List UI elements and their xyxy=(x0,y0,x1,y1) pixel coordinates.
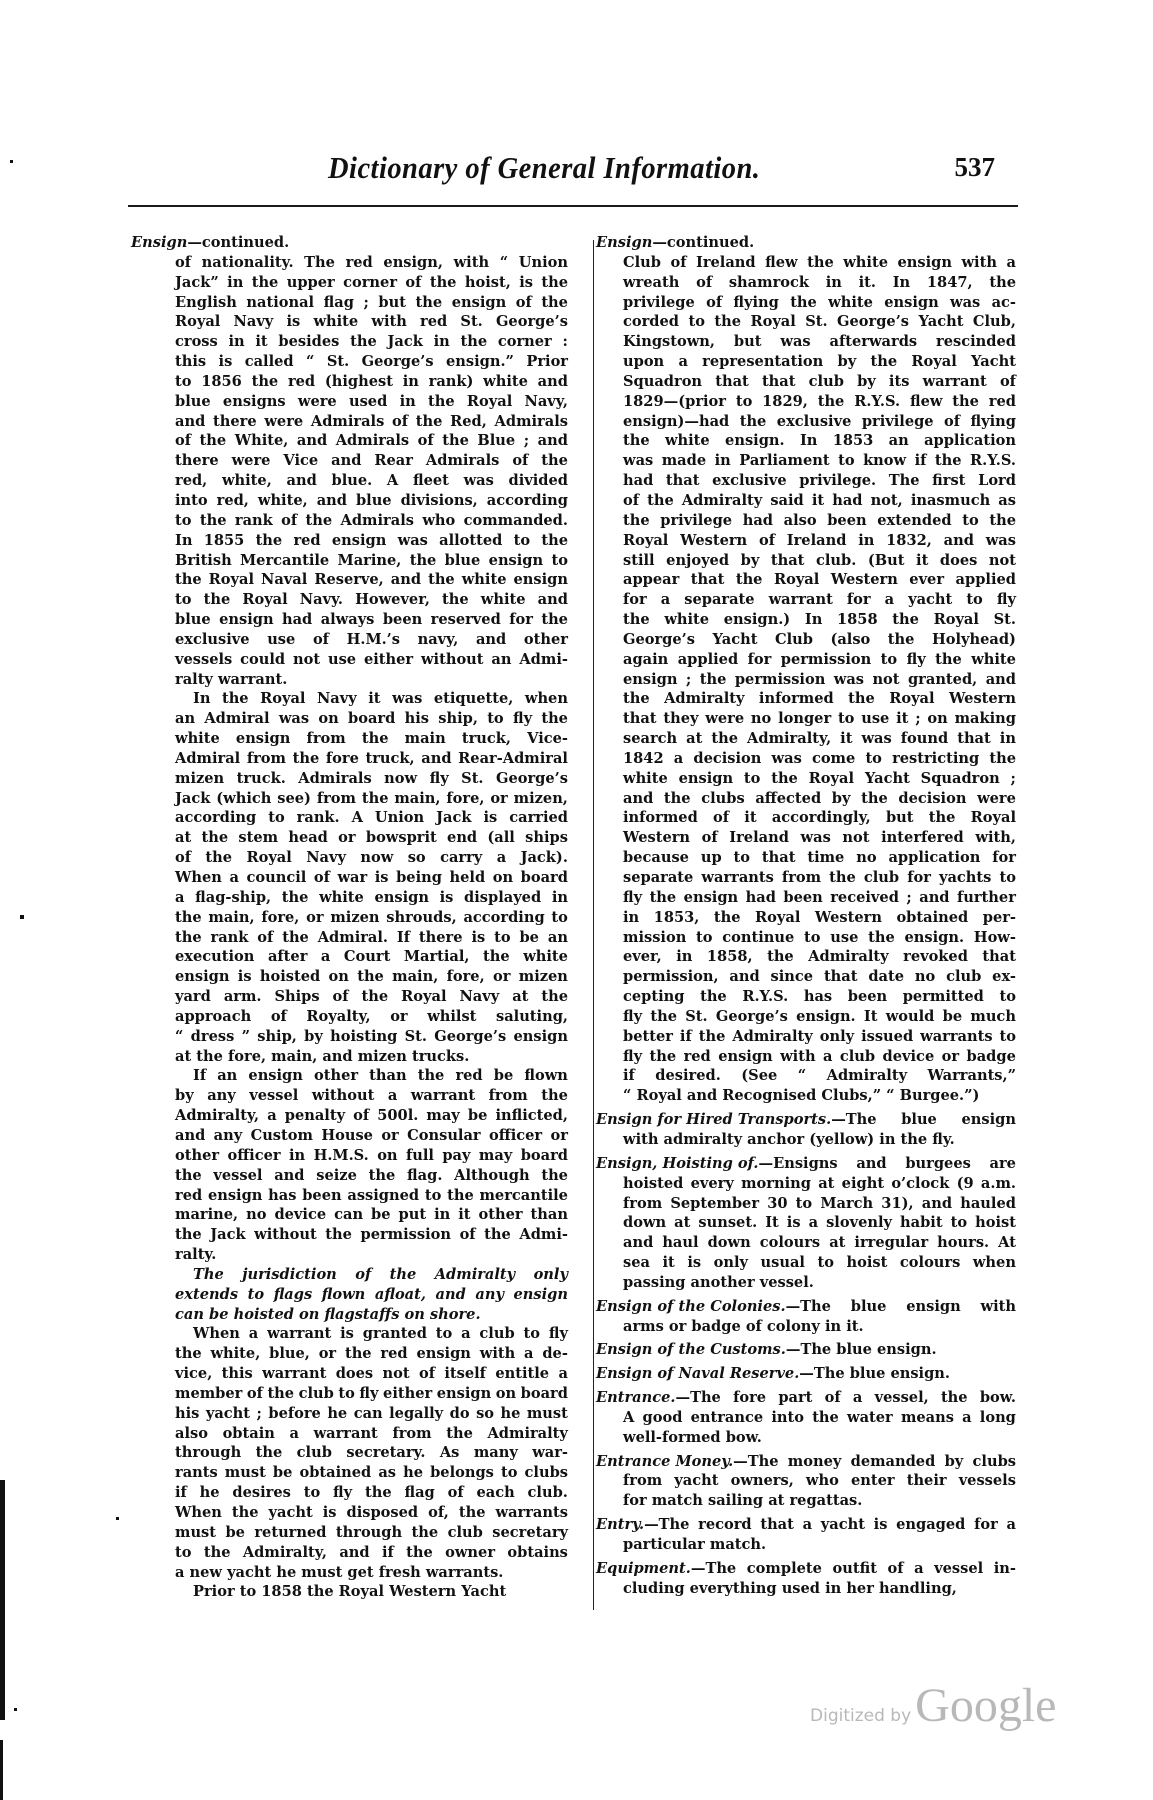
dictionary-entry: Equipment.—Thecompleteoutfitofavesselin-… xyxy=(596,1559,1016,1599)
text-line: redensignhasbeenassignedtothemercantile xyxy=(175,1186,568,1206)
text-line: at the fore, main, and mizen trucks. xyxy=(175,1047,568,1067)
text-line: thewhiteensign.In1853anapplication xyxy=(623,431,1016,451)
text-line: atthestemheadorbowspritend(allships xyxy=(175,828,568,848)
text-line: “dress”ship,byhoistingSt.George’sensign xyxy=(175,1027,568,1047)
text-line: foraseparatewarrantforayachttofly xyxy=(623,590,1016,610)
text-line: whiteensigntotheRoyalYachtSquadron; xyxy=(623,769,1016,789)
text-line: mustbereturnedthroughtheclubsecretary xyxy=(175,1523,568,1543)
text-line: andhauldowncoloursatirregularhours.At xyxy=(623,1233,1016,1253)
text-line: thisiscalled“St.George’sensign.”Prior xyxy=(175,352,568,372)
text-line: betteriftheAdmiraltyonlyissuedwarrantsto xyxy=(623,1027,1016,1047)
entry-term: Ensign, Hoisting of. xyxy=(596,1155,759,1172)
text-line: wreathofshamrockinit.In1847,the xyxy=(623,273,1016,293)
entry-term: Ensign of Naval Reserve. xyxy=(596,1364,799,1384)
page-number: 537 xyxy=(955,152,996,183)
text-line: Prior to 1858 the Royal Western Yacht xyxy=(193,1582,568,1602)
text-line: totheAdmiralty,andiftheownerobtains xyxy=(175,1543,568,1563)
text-line: accordingtorank.AUnionJackiscarried xyxy=(175,808,568,828)
text-line: Jack(whichsee)fromthemain,fore,ormizen, xyxy=(175,789,568,809)
dictionary-entry: Entry.—Therecordthatayachtisengagedforap… xyxy=(596,1515,1016,1555)
text-line: cluding everything used in her handling, xyxy=(623,1579,1016,1599)
text-line: to1856thered(highestinrank)whiteand xyxy=(175,372,568,392)
text-line: hoistedeverymorningateighto’clock(9a.m. xyxy=(623,1174,1016,1194)
text-line: totheRoyalNavy.However,thewhiteand xyxy=(175,590,568,610)
text-line: Englishnationalflag;buttheensignofthe xyxy=(175,293,568,313)
text-line: whiteensignfromthemaintruck,Vice- xyxy=(175,729,568,749)
text-line: Whenawarrantisgrantedtoaclubtofly xyxy=(193,1324,568,1344)
entry-first-line: Ensign of the Customs.—The blue ensign. xyxy=(596,1340,1016,1360)
text-line: Whentheyachtisdisposedof,thewarrants xyxy=(175,1503,568,1523)
text-line: thewhiteensign.)In1858theRoyalSt. xyxy=(623,610,1016,630)
text-line: red,white,andblue.Afleetwasdivided xyxy=(175,471,568,491)
text-line: flytheSt.George’sensign.Itwouldbemuch xyxy=(623,1007,1016,1027)
text-line: fromSeptember30toMarch31),andhauled xyxy=(623,1194,1016,1214)
entry-term: Ensign xyxy=(596,234,652,251)
entry-first-line: Ensign of Naval Reserve.—The blue ensign… xyxy=(596,1364,1016,1384)
text-line: throughtheclubsecretary.Asmanywar- xyxy=(175,1443,568,1463)
text-line: theJackwithoutthepermissionoftheAdmi- xyxy=(175,1225,568,1245)
text-line: andtheclubsaffectedbythedecisionwere xyxy=(623,789,1016,809)
text-line: with admiralty anchor (yellow) in the fl… xyxy=(623,1130,1016,1150)
dictionary-entry: Ensign for Hired Transports.—Theblueensi… xyxy=(596,1110,1016,1150)
entry-first-line: Equipment.—Thecompleteoutfitofavesselin- xyxy=(596,1559,1016,1579)
text-line: thevesselandseizetheflag.Althoughthe xyxy=(175,1166,568,1186)
dictionary-entries: Ensign for Hired Transports.—Theblueensi… xyxy=(596,1110,1016,1598)
continued-heading: Ensign—continued. xyxy=(596,233,1016,253)
text-line: hisyacht;beforehecanlegallydosohemust xyxy=(175,1404,568,1424)
entry-body: particular match. xyxy=(596,1535,1016,1555)
text-line: oftheAdmiraltysaidithadnot,inasmuchas xyxy=(623,491,1016,511)
text-line: crossinitbesidestheJackinthecorner: xyxy=(175,332,568,352)
text-line: WesternofIrelandwasnotinterferedwith, xyxy=(623,828,1016,848)
text-line: a new yacht he must get fresh warrants. xyxy=(175,1563,568,1583)
text-line: ceptingtheR.Y.S.hasbeenpermittedto xyxy=(623,987,1016,1007)
running-title: Dictionary of General Information. xyxy=(328,150,760,186)
continued-heading: Ensign—continued. xyxy=(131,233,568,253)
text-line: fromyachtowners,whoentertheirvessels xyxy=(623,1471,1016,1491)
entry-suffix: —continued. xyxy=(652,234,754,251)
text-line: informedofitaccordingly,buttheRoyal xyxy=(623,808,1016,828)
text-line: executionafteraCourtMartial,thewhite xyxy=(175,947,568,967)
text-line: oftheWhite,andAdmiralsoftheBlue;and xyxy=(175,431,568,451)
text-line: Ifanensignotherthantheredbeflown xyxy=(193,1066,568,1086)
text-line: memberoftheclubtoflyeitherensignonboard xyxy=(175,1384,568,1404)
text-line: blueensignswereusedintheRoyalNavy, xyxy=(175,392,568,412)
paragraph: Ifanensignotherthantheredbeflownbyanyves… xyxy=(131,1066,568,1264)
text-line: oftheRoyalNavynowsocarryaJack). xyxy=(175,848,568,868)
google-logo: Google xyxy=(915,1679,1056,1732)
text-line: missiontocontinuetousetheensign.How- xyxy=(623,928,1016,948)
text-line: IntheRoyalNavyitwasetiquette,when xyxy=(193,689,568,709)
text-line: cordedtotheRoyalSt.George’sYachtClub, xyxy=(623,312,1016,332)
text-line: uponarepresentationbytheRoyalYacht xyxy=(623,352,1016,372)
text-line: flytheredensignwithaclubdeviceorbadge xyxy=(623,1047,1016,1067)
paragraph: ofnationality.Theredensign,with“UnionJac… xyxy=(131,253,568,690)
text-line: rantsmustbeobtainedashebelongstoclubs xyxy=(175,1463,568,1483)
text-line: searchattheAdmiralty,itwasfoundthatin xyxy=(623,729,1016,749)
text-line: ralty warrant. xyxy=(175,670,568,690)
text-line: Whenacouncilofwarisbeingheldonboard xyxy=(175,868,568,888)
text-line: passing another vessel. xyxy=(623,1273,1016,1293)
text-line: 1829—(priorto1829,theR.Y.S.flewthered xyxy=(623,392,1016,412)
entry-body: Agoodentranceintothewatermeansalongwell-… xyxy=(596,1408,1016,1448)
dictionary-entry: Entrance Money.—Themoneydemandedbyclubsf… xyxy=(596,1452,1016,1512)
dictionary-entry: Ensign of the Colonies.—Theblueensignwit… xyxy=(596,1297,1016,1337)
text-line: arms or badge of colony in it. xyxy=(623,1317,1016,1337)
paragraph: IntheRoyalNavyitwasetiquette,whenanAdmir… xyxy=(131,689,568,1066)
text-line: Admiralty,apenaltyof500l.maybeinflicted, xyxy=(175,1106,568,1126)
dictionary-entry: Ensign of the Customs.—The blue ensign. xyxy=(596,1340,1016,1360)
column-divider xyxy=(593,240,594,1610)
entry-first-line: Ensign, Hoisting of.—Ensignsandburgeesar… xyxy=(596,1154,1016,1174)
entry-term: Equipment. xyxy=(596,1560,691,1577)
text-line: ThejurisdictionoftheAdmiraltyonly xyxy=(193,1265,568,1285)
text-line: exclusiveuseofH.M.’snavy,andother xyxy=(175,630,568,650)
text-line: flytheensignhadbeenreceived;andfurther xyxy=(623,888,1016,908)
text-line: mizentruck.AdmiralsnowflySt.George’s xyxy=(175,769,568,789)
text-line: separatewarrantsfromtheclubforyachtsto xyxy=(623,868,1016,888)
text-line: ralty. xyxy=(175,1245,568,1265)
entry-first-line: Entry.—Therecordthatayachtisengagedfora xyxy=(596,1515,1016,1535)
digitized-watermark: Digitized byGoogle xyxy=(810,1678,1056,1733)
text-line: permission,andsincethatdatenoclubex- xyxy=(623,967,1016,987)
text-line: therankoftheAdmiral.Ifthereistobean xyxy=(175,928,568,948)
text-line: Squadronthatthatclubbyitswarrantof xyxy=(623,372,1016,392)
text-line: “ Royal and Recognised Clubs,” “ Burgee.… xyxy=(623,1086,1016,1106)
text-line: againappliedforpermissiontoflythewhite xyxy=(623,650,1016,670)
text-line: particular match. xyxy=(623,1535,1016,1555)
text-line: ensignishoistedonthemain,fore,ormizen xyxy=(175,967,568,987)
text-line: Kingstown,butwasafterwardsrescinded xyxy=(623,332,1016,352)
text-line: stillenjoyedbythatclub.(Butitdoesnot xyxy=(623,551,1016,571)
dictionary-entry: Entrance.—Theforepartofavessel,thebow.Ag… xyxy=(596,1388,1016,1448)
text-line: well-formed bow. xyxy=(623,1428,1016,1448)
text-line: wasmadeinParliamenttoknowiftheR.Y.S. xyxy=(623,451,1016,471)
margin-dot xyxy=(10,160,13,163)
text-line: ifdesired.(See“AdmiraltyWarrants,” xyxy=(623,1066,1016,1086)
text-line: ensign)—hadtheexclusiveprivilegeofflying xyxy=(623,412,1016,432)
entry-term: Ensign for Hired Transports. xyxy=(596,1111,831,1128)
margin-dot xyxy=(20,915,24,919)
text-line: andanyCustomHouseorConsularofficeror xyxy=(175,1126,568,1146)
text-line: ensign;thepermissionwasnotgranted,and xyxy=(623,670,1016,690)
text-line: In1855theredensignwasallottedtothe xyxy=(175,531,568,551)
text-line: anAdmiralwasonboardhisship,toflythe xyxy=(175,709,568,729)
paragraph: ClubofIrelandflewthewhiteensignwithawrea… xyxy=(596,253,1016,1106)
text-line: downatsunset.Itisaslovenlyhabittohoist xyxy=(623,1213,1016,1233)
text-line: thattheywerenolongertouseit;onmaking xyxy=(623,709,1016,729)
text-line: vesselscouldnotuseeitherwithoutanAdmi- xyxy=(175,650,568,670)
entry-term: Entry. xyxy=(596,1516,644,1533)
text-line: byanyvesselwithoutawarrantfromthe xyxy=(175,1086,568,1106)
entry-suffix: —continued. xyxy=(187,234,289,251)
entry-term: Ensign of the Colonies. xyxy=(596,1298,786,1315)
text-line: Jack”intheuppercornerofthehoist,isthe xyxy=(175,273,568,293)
text-line: appearthattheRoyalWesterneverapplied xyxy=(623,570,1016,590)
binding-edge xyxy=(0,1740,3,1800)
text-line: RoyalWesternofIrelandin1832,andwas xyxy=(623,531,1016,551)
entry-first-line: Ensign for Hired Transports.—Theblueensi… xyxy=(596,1110,1016,1130)
text-line: privilegeofflyingthewhiteensignwasac- xyxy=(623,293,1016,313)
paragraph: Prior to 1858 the Royal Western Yacht xyxy=(131,1582,568,1602)
entry-term: Entrance. xyxy=(596,1389,675,1406)
entry-term: Entrance Money. xyxy=(596,1453,733,1470)
text-line: 1842adecisionwascometorestrictingthe xyxy=(623,749,1016,769)
text-line: ifhedesirestoflytheflagofeachclub. xyxy=(175,1483,568,1503)
entry-body: hoistedeverymorningateighto’clock(9a.m.f… xyxy=(596,1174,1016,1293)
left-column: Ensign—continued. ofnationality.Thereden… xyxy=(131,233,568,1602)
binding-edge xyxy=(0,1480,5,1720)
text-line: theprivilegehadalsobeenextendedtothe xyxy=(623,511,1016,531)
paragraph: Whenawarrantisgrantedtoaclubtoflythewhit… xyxy=(131,1324,568,1582)
margin-dot xyxy=(14,1708,17,1711)
text-line: in1853,theRoyalWesternobtainedper- xyxy=(623,908,1016,928)
entry-body: arms or badge of colony in it. xyxy=(596,1317,1016,1337)
text-line: extendstoflagsflownafloat,andanyensign xyxy=(175,1285,568,1305)
entry-body: with admiralty anchor (yellow) in the fl… xyxy=(596,1130,1016,1150)
text-line: aflag-ship,thewhiteensignisdisplayedin xyxy=(175,888,568,908)
text-line: totherankoftheAdmiralswhocommanded. xyxy=(175,511,568,531)
text-line: seaitisonlyusualtohoistcolourswhen xyxy=(623,1253,1016,1273)
text-line: Admiralfromtheforetruck,andRear-Admiral xyxy=(175,749,568,769)
text-line: themain,fore,ormizenshrouds,accordingto xyxy=(175,908,568,928)
entry-body: fromyachtowners,whoentertheirvesselsfor … xyxy=(596,1471,1016,1511)
text-line: vice,thiswarrantdoesnotofitselfentitlea xyxy=(175,1364,568,1384)
text-line: Agoodentranceintothewatermeansalong xyxy=(623,1408,1016,1428)
entry-term: Ensign of the Customs. xyxy=(596,1340,786,1360)
text-line: George’sYachtClub(alsotheHolyhead) xyxy=(623,630,1016,650)
text-line: marine,nodevicecanbeputinitotherthan xyxy=(175,1205,568,1225)
text-line: ofnationality.Theredensign,with“Union xyxy=(175,253,568,273)
text-line: becauseuptothattimenoapplicationfor xyxy=(623,848,1016,868)
text-line: RoyalNavyiswhitewithredSt.George’s xyxy=(175,312,568,332)
text-line: ClubofIrelandflewthewhiteensignwitha xyxy=(623,253,1016,273)
entry-first-line: Ensign of the Colonies.—Theblueensignwit… xyxy=(596,1297,1016,1317)
text-line: theRoyalNavalReserve,andthewhiteensign xyxy=(175,570,568,590)
text-line: yardarm.ShipsoftheRoyalNavyatthe xyxy=(175,987,568,1007)
entry-body: cluding everything used in her handling, xyxy=(596,1579,1016,1599)
text-line: therewereViceandRearAdmiralsofthe xyxy=(175,451,568,471)
text-line: blueensignhadalwaysbeenreservedforthe xyxy=(175,610,568,630)
text-line: ever,in1858,theAdmiraltyrevokedthat xyxy=(623,947,1016,967)
text-line: thewhite,blue,ortheredensignwithade- xyxy=(175,1344,568,1364)
right-column: Ensign—continued. ClubofIrelandflewthewh… xyxy=(596,233,1016,1599)
italic-note: ThejurisdictionoftheAdmiraltyonlyextends… xyxy=(131,1265,568,1325)
text-line: can be hoisted on flagstaffs on shore. xyxy=(175,1305,568,1325)
page-header: Dictionary of General Information. 537 xyxy=(100,150,1020,200)
margin-dot xyxy=(116,1517,119,1520)
text-line: otherofficerinH.M.S.onfullpaymayboard xyxy=(175,1146,568,1166)
entry-first-line: Entrance Money.—Themoneydemandedbyclubs xyxy=(596,1452,1016,1472)
entry-first-line: Entrance.—Theforepartofavessel,thebow. xyxy=(596,1388,1016,1408)
text-line: andtherewereAdmiralsoftheRed,Admirals xyxy=(175,412,568,432)
watermark-prefix: Digitized by xyxy=(810,1706,911,1726)
text-line: alsoobtainawarrantfromtheAdmiralty xyxy=(175,1424,568,1444)
text-line: intored,white,andbluedivisions,according xyxy=(175,491,568,511)
dictionary-entry: Ensign, Hoisting of.—Ensignsandburgeesar… xyxy=(596,1154,1016,1293)
text-line: BritishMercantileMarine,theblueensignto xyxy=(175,551,568,571)
text-line: theAdmiraltyinformedtheRoyalWestern xyxy=(623,689,1016,709)
dictionary-entry: Ensign of Naval Reserve.—The blue ensign… xyxy=(596,1364,1016,1384)
entry-term: Ensign xyxy=(131,234,187,251)
header-rule xyxy=(128,205,1018,207)
text-line: hadthatexclusiveprivilege.ThefirstLord xyxy=(623,471,1016,491)
text-line: approachofRoyalty,orwhilstsaluting, xyxy=(175,1007,568,1027)
text-line: for match sailing at regattas. xyxy=(623,1491,1016,1511)
